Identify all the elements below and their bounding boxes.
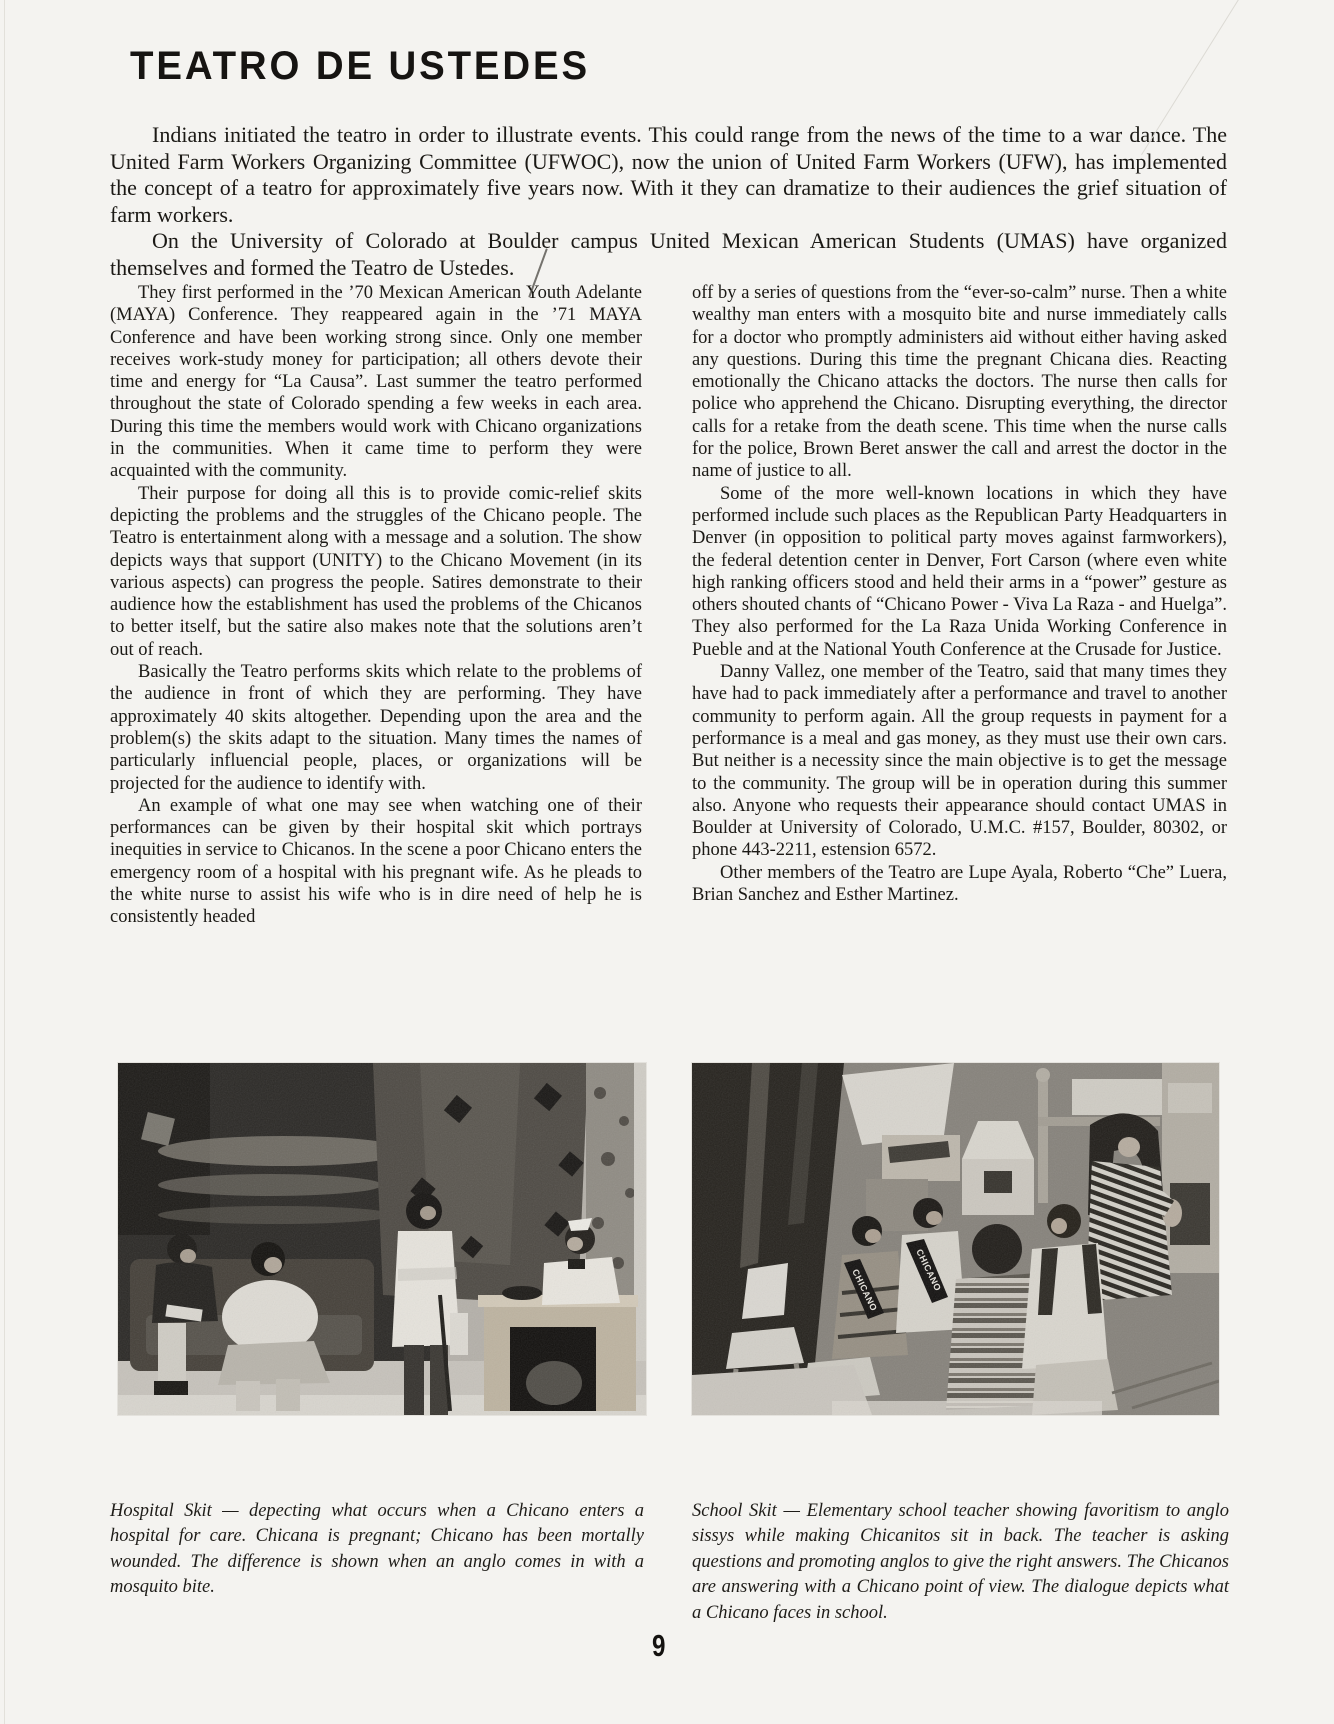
article-title: TEATRO DE USTEDES xyxy=(130,44,590,89)
magazine-page: TEATRO DE USTEDES Indians initiated the … xyxy=(0,0,1334,1724)
intro-paragraph: On the University of Colorado at Boulder… xyxy=(110,228,1227,281)
page-number: 9 xyxy=(652,1628,665,1664)
right-column: off by a series of questions from the “e… xyxy=(692,282,1227,906)
intro-block: Indians initiated the teatro in order to… xyxy=(110,122,1227,281)
photo-caption-right: School Skit — Elementary school teacher … xyxy=(692,1499,1229,1627)
film-grain-overlay xyxy=(692,1063,1219,1415)
body-paragraph: Some of the more well-known locations in… xyxy=(692,483,1227,661)
body-paragraph: Basically the Teatro performs skits whic… xyxy=(110,661,642,795)
intro-paragraph: Indians initiated the teatro in order to… xyxy=(110,122,1227,228)
photo-caption-left: Hospital Skit — depecting what occurs wh… xyxy=(110,1499,644,1601)
school-skit-photo: CHICANO CHICANO xyxy=(692,1063,1219,1415)
school-skit-scene: CHICANO CHICANO xyxy=(692,1063,1219,1415)
film-grain-overlay xyxy=(118,1063,646,1415)
body-paragraph: off by a series of questions from the “e… xyxy=(692,282,1227,483)
hospital-skit-scene xyxy=(118,1063,646,1415)
body-paragraph: Danny Vallez, one member of the Teatro, … xyxy=(692,661,1227,862)
hospital-skit-photo xyxy=(118,1063,646,1415)
body-paragraph: An example of what one may see when watc… xyxy=(110,795,642,929)
left-column: They first performed in the ’70 Mexican … xyxy=(110,282,642,929)
scan-edge-artifact xyxy=(4,0,5,1724)
body-paragraph: Other members of the Teatro are Lupe Aya… xyxy=(692,862,1227,907)
body-paragraph: They first performed in the ’70 Mexican … xyxy=(110,282,642,483)
body-paragraph: Their purpose for doing all this is to p… xyxy=(110,483,642,661)
